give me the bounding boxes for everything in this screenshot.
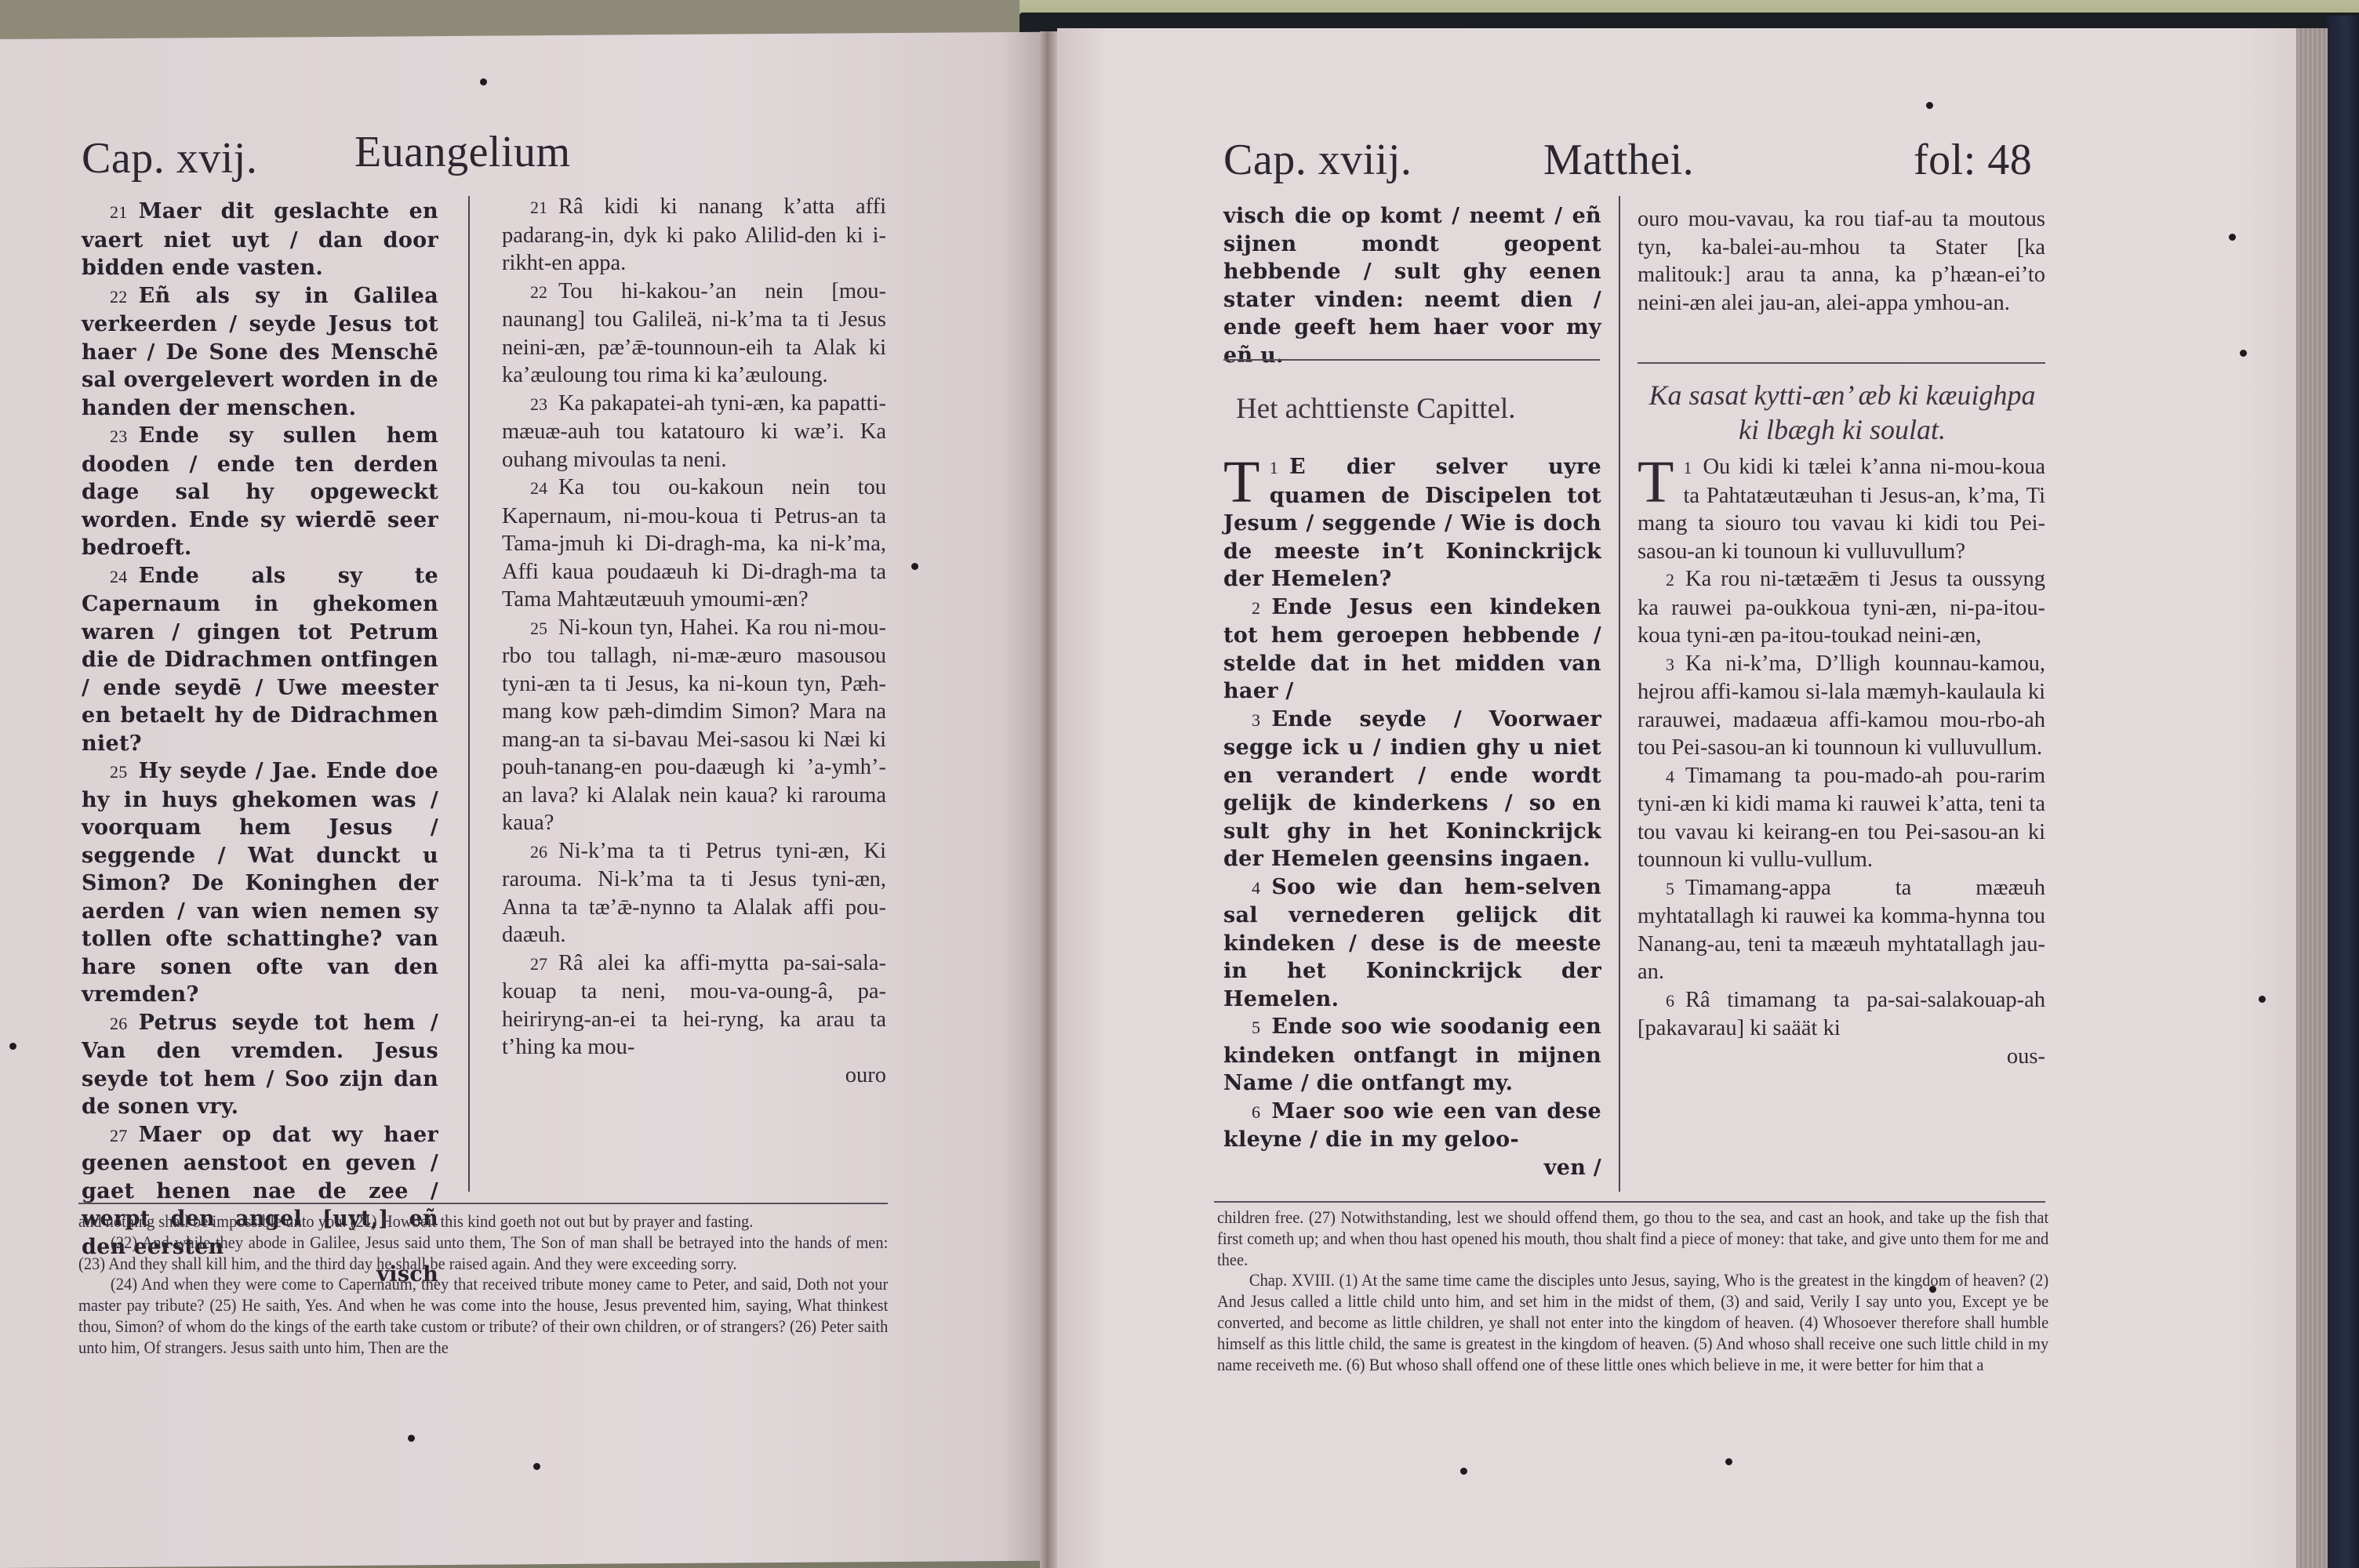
verse-number: 3: [1666, 655, 1674, 674]
ink-speck: [533, 1463, 540, 1470]
verse-text: Timamang ta pou-mado-ah pou-rarim tyni-æ…: [1637, 764, 2045, 873]
verse-text: Ka ni-k’ma, D’lligh kounnau-kamou, hejro…: [1637, 652, 2045, 760]
verse: 25Hy seyde / Jae. Ende doe hy in huys gh…: [82, 757, 438, 1009]
verse: 1TOu kidi ki tælei k’anna ni-mou-koua ta…: [1637, 453, 2045, 565]
verse-number: 24: [110, 567, 128, 586]
verse-text: Ende sy sullen hem dooden / ende ten der…: [82, 423, 438, 560]
verse: 5Timamang-appa ta mææuh myhtatallagh ki …: [1637, 874, 2045, 986]
left-formosan-column: 21Râ kidi ki nanang k’atta affi padarang…: [502, 193, 886, 1089]
verse-text: Ende seyde / Voorwaer segge ick u / indi…: [1223, 707, 1601, 872]
ink-speck: [1929, 1286, 1936, 1293]
verse-number: 26: [110, 1014, 128, 1033]
ink-speck: [1460, 1468, 1467, 1475]
right-dutch-column: 1TE dier selver uyre quamen de Discipele…: [1223, 453, 1601, 1181]
ink-speck: [2259, 996, 2266, 1003]
drop-capital: T: [1637, 458, 1674, 506]
verse: 6Maer soo wie een van dese kleyne / die …: [1223, 1098, 1601, 1154]
folio-number: fol: 48: [1914, 135, 2032, 185]
book-gutter: [1040, 31, 1059, 1568]
verse: 6Râ timamang ta pa-sai-salakouap-ah [pak…: [1637, 986, 2045, 1043]
left-running-head-title: Euangelium: [354, 127, 571, 177]
continuation-text: visch die op komt / neemt / eñ sijnen mo…: [1223, 202, 1601, 369]
left-dutch-column: 21Maer dit geslachte en vaert niet uyt /…: [82, 198, 438, 1289]
ink-speck: [480, 78, 487, 85]
verse-number: 21: [530, 198, 547, 217]
catchword: ven /: [1223, 1154, 1601, 1182]
verse-number: 25: [530, 619, 547, 638]
verse: 5Ende soo wie soodanig een kindeken ontf…: [1223, 1013, 1601, 1098]
verse-number: 5: [1666, 879, 1674, 898]
verse-number: 2: [1666, 570, 1674, 590]
verse: 26Ni-k’ma ta ti Petrus tyni-æn, Ki rarou…: [502, 837, 886, 949]
verse-number: 21: [110, 202, 128, 222]
verse-text: Ni-k’ma ta ti Petrus tyni-æn, Ki rarouma…: [502, 839, 886, 948]
verse-number: 1: [1683, 458, 1692, 477]
verse-text: E dier selver uyre quamen de Discipelen …: [1223, 455, 1601, 591]
verse-text: Ende als sy te Capernaum in ghekomen war…: [82, 564, 438, 756]
verse-text: Râ kidi ki nanang k’atta affi padarang-i…: [502, 194, 886, 275]
verse-text: Eñ als sy in Galilea verkeerden / seyde …: [82, 284, 438, 420]
catchword: ous-: [1637, 1043, 2045, 1071]
right-formosan-column: 1TOu kidi ki tælei k’anna ni-mou-koua ta…: [1637, 453, 2045, 1070]
verse-number: 27: [530, 954, 547, 974]
footnote-paragraph: Chap. XVIII. (1) At the same time came t…: [1217, 1270, 2048, 1375]
right-running-head-chapter: Cap. xviij.: [1223, 135, 1412, 185]
verse: 4Soo wie dan hem-selven sal vernederen g…: [1223, 873, 1601, 1014]
verse-text: Ou kidi ki tælei k’anna ni-mou-koua ta P…: [1637, 455, 2045, 564]
verse-text: Ka rou ni-tætæǣm ti Jesus ta oussyng ka …: [1637, 567, 2045, 648]
ink-speck: [408, 1435, 415, 1442]
section-rule: [1223, 359, 1600, 361]
verse: 24Ende als sy te Capernaum in ghekomen w…: [82, 562, 438, 758]
continuation-text: ouro mou-vavau, ka rou tiaf-au ta moutou…: [1637, 205, 2045, 317]
verse: 3Ende seyde / Voorwaer segge ick u / ind…: [1223, 706, 1601, 873]
verse: 22Tou hi-kakou-’an nein [mou-naunang] to…: [502, 278, 886, 390]
verse: 27Râ alei ka affi-mytta pa-sai-sala-koua…: [502, 949, 886, 1062]
verse-number: 23: [530, 394, 547, 414]
verse-number: 1: [1270, 458, 1278, 477]
ink-speck: [1926, 102, 1933, 109]
verse-number: 25: [110, 762, 128, 782]
verse-number: 4: [1252, 878, 1260, 898]
footnote-paragraph: (24) And when they were come to Capernau…: [78, 1274, 888, 1358]
right-running-head-title: Matthei.: [1543, 135, 1694, 185]
verse-number: 22: [530, 282, 547, 302]
ink-speck: [1725, 1458, 1732, 1465]
verse-text: Petrus seyde tot hem / Van den vremden. …: [82, 1011, 438, 1120]
verse-number: 2: [1252, 598, 1260, 618]
verse-text: Maer dit geslachte en vaert niet uyt / d…: [82, 199, 438, 280]
verse-number: 6: [1666, 991, 1674, 1011]
verse-text: Maer soo wie een van dese kleyne / die i…: [1223, 1099, 1601, 1152]
drop-capital: T: [1223, 458, 1260, 506]
verse-number: 27: [110, 1126, 128, 1145]
verse-text: Timamang-appa ta mææuh myhtatallagh ki r…: [1637, 876, 2045, 985]
dutch-chapter-heading: Het achttienste Capittel.: [1236, 392, 1516, 426]
verse-text: Hy seyde / Jae. Ende doe hy in huys ghek…: [82, 759, 438, 1007]
verse: 1TE dier selver uyre quamen de Discipele…: [1223, 453, 1601, 593]
verse: 23Ende sy sullen hem dooden / ende ten d…: [82, 422, 438, 562]
verse-text: Ka tou ou-kakoun nein tou Kapernaum, ni-…: [502, 475, 886, 612]
formosan-chapter-heading: Ka sasat kytti-æn’ æb ki kæuighpa ki lbæ…: [1642, 378, 2042, 447]
footnote-paragraph: (22) And while they abode in Galilee, Je…: [78, 1232, 888, 1275]
book-cover-right-edge: [2326, 16, 2359, 1568]
verse: 3Ka ni-k’ma, D’lligh kounnau-kamou, hejr…: [1637, 650, 2045, 762]
column-divider: [468, 196, 470, 1192]
verse: 23Ka pakapatei-ah tyni-æn, ka papatti-mæ…: [502, 390, 886, 474]
verse-number: 26: [530, 842, 547, 862]
page-block-edges: [2296, 28, 2328, 1568]
verse: 4Timamang ta pou-mado-ah pou-rarim tyni-…: [1637, 762, 2045, 874]
verse: 22Eñ als sy in Galilea verkeerden / seyd…: [82, 282, 438, 423]
verse-number: 3: [1252, 710, 1260, 730]
ink-speck: [911, 563, 918, 570]
column-divider: [1619, 196, 1620, 1192]
footnote-rule: [1214, 1201, 2045, 1203]
verse-text: Tou hi-kakou-’an nein [mou-naunang] tou …: [502, 279, 886, 388]
section-rule: [1637, 362, 2045, 364]
verse: 21Maer dit geslachte en vaert niet uyt /…: [82, 198, 438, 282]
right-formosan-continuation: ouro mou-vavau, ka rou tiaf-au ta moutou…: [1637, 205, 2045, 317]
verse-text: Ni-koun tyn, Hahei. Ka rou ni-mou-rbo to…: [502, 615, 886, 836]
verse: 2Ende Jesus een kindeken tot hem geroepe…: [1223, 593, 1601, 706]
ink-speck: [2229, 234, 2236, 241]
verse: 2Ka rou ni-tætæǣm ti Jesus ta oussyng ka…: [1637, 565, 2045, 650]
left-english-footnote: and nothing shall be impossible unto you…: [78, 1211, 888, 1359]
verse-number: 5: [1252, 1018, 1260, 1037]
verse-number: 23: [110, 426, 128, 446]
footnote-paragraph: and nothing shall be impossible unto you…: [78, 1211, 888, 1232]
verse-number: 6: [1252, 1102, 1260, 1122]
verse-number: 4: [1666, 767, 1674, 786]
footnote-rule: [78, 1203, 888, 1204]
verse-text: Soo wie dan hem-selven sal vernederen ge…: [1223, 875, 1601, 1011]
ink-speck: [9, 1043, 16, 1050]
verse-text: Ka pakapatei-ah tyni-æn, ka papatti-mæuæ…: [502, 391, 886, 472]
verse-text: Ende soo wie soodanig een kindeken ontfa…: [1223, 1014, 1601, 1095]
catchword: ouro: [502, 1062, 886, 1090]
verse-text: Râ timamang ta pa-sai-salakouap-ah [paka…: [1637, 988, 2045, 1041]
left-running-head-chapter: Cap. xvij.: [82, 133, 257, 183]
verse: 21Râ kidi ki nanang k’atta affi padarang…: [502, 193, 886, 278]
verse-text: Ende Jesus een kindeken tot hem geroepen…: [1223, 595, 1601, 704]
right-dutch-continuation: visch die op komt / neemt / eñ sijnen mo…: [1223, 202, 1601, 369]
verse-text: Râ alei ka affi-mytta pa-sai-sala-kouap …: [502, 951, 886, 1060]
verse: 26Petrus seyde tot hem / Van den vremden…: [82, 1009, 438, 1121]
verse-number: 24: [530, 478, 547, 498]
verse-number: 22: [110, 287, 128, 307]
verse: 24Ka tou ou-kakoun nein tou Kapernaum, n…: [502, 474, 886, 614]
verse: 25Ni-koun tyn, Hahei. Ka rou ni-mou-rbo …: [502, 614, 886, 837]
right-english-footnote: children free. (27) Notwithstanding, les…: [1217, 1207, 2048, 1375]
ink-speck: [2240, 350, 2247, 357]
footnote-paragraph: children free. (27) Notwithstanding, les…: [1217, 1207, 2048, 1270]
